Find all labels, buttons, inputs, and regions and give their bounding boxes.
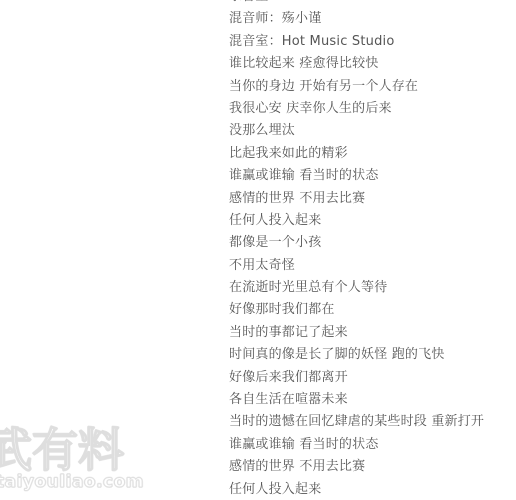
lyric-line: 时间真的像是长了脚的妖怪 跑的飞快: [229, 344, 509, 366]
lyric-line: 任何人投入起来: [229, 479, 509, 500]
lyric-line: 当时的事都记了起来: [229, 322, 509, 344]
lyric-line: 没那么埋汰: [229, 120, 509, 142]
credit-line: 混音师：殇小谨: [229, 8, 509, 30]
lyric-line: 感情的世界 不用去比赛: [229, 456, 509, 478]
watermark-logo-text: 武有料: [0, 426, 144, 474]
lyric-line: 不用太奇怪: [229, 255, 509, 277]
lyric-line: 在流逝时光里总有个人等待: [229, 277, 509, 299]
credit-line: 录音室：Hot Music Studio: [229, 0, 509, 8]
lyric-line: 谁赢或谁输 看当时的状态: [229, 434, 509, 456]
lyric-line: 任何人投入起来: [229, 210, 509, 232]
lyric-line: 当你的身边 开始有另一个人存在: [229, 76, 509, 98]
lyric-line: 我很心安 庆幸你人生的后来: [229, 98, 509, 120]
lyric-line: 好像后来我们都离开: [229, 367, 509, 389]
lyrics-block: 录音室：Hot Music Studio 混音师：殇小谨 混音室：Hot Mus…: [229, 0, 509, 500]
lyric-line: 感情的世界 不用去比赛: [229, 188, 509, 210]
lyric-line: 当时的遗憾在回忆肆虐的某些时段 重新打开: [229, 411, 509, 433]
watermark: 武有料 taiyouliao.com: [0, 426, 144, 492]
lyric-line: 都像是一个小孩: [229, 232, 509, 254]
credit-line: 混音室：Hot Music Studio: [229, 31, 509, 53]
lyric-line: 好像那时我们都在: [229, 299, 509, 321]
lyric-line: 谁赢或谁输 看当时的状态: [229, 165, 509, 187]
lyric-line: 比起我来如此的精彩: [229, 143, 509, 165]
lyric-line: 谁比较起来 痊愈得比较快: [229, 53, 509, 75]
lyric-line: 各自生活在喧嚣未来: [229, 389, 509, 411]
watermark-url-text: taiyouliao.com: [0, 472, 144, 492]
